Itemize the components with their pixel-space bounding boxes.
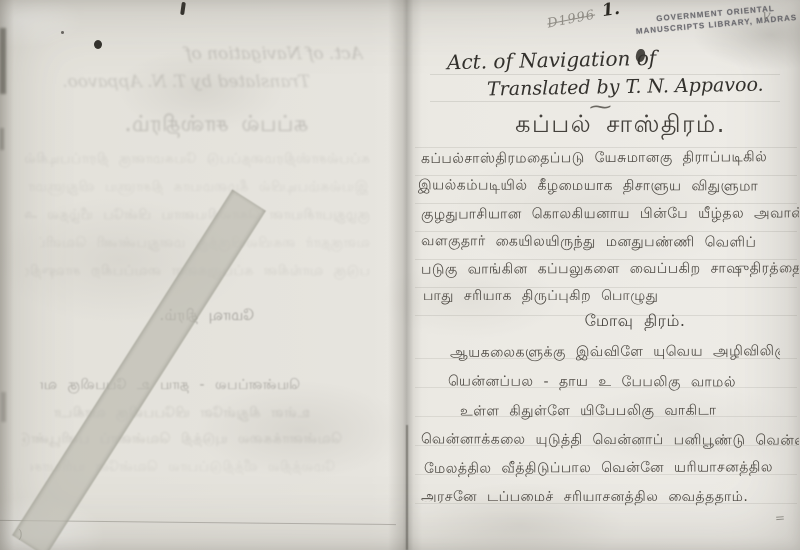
manuscript-scan: Act. of Navigation of Translated by T. N… [0, 0, 800, 550]
folio-number: 1. [601, 0, 621, 21]
english-title-line1: Act. of Navigation of [447, 46, 657, 74]
repair-tape-strip [12, 189, 266, 550]
tamil-paragraph2-line2: யென்னப்பல - தாய உ பேபலிகு வாமல் [448, 373, 758, 398]
tamil-paragraph1-line5: படுகு வாங்கின கப்பலுகளை வைப்பகிற சாஷுதிர… [421, 260, 799, 285]
tamil-paragraph1-line2: இயல்கம்படியில் கீழமையாக திசாளுய விதுளுமா [418, 177, 796, 202]
book-gutter-shadow [388, 0, 422, 550]
tamil-paragraph1-line6: பாது சரியாக திருப்புகிற பொழுது கல். [423, 288, 663, 312]
tamil-paragraph1-line4: வளகுதார் கையிலயிருந்து மனதுபண்ணி வெளிப் [421, 233, 799, 259]
tamil-paragraph2-line4: வென்னாக்கலை யுடுத்தி வென்னாப் பனிபூண்டு … [421, 431, 799, 456]
tamil-paragraph2-line6: அரசனே டப்பமைச் சரியாசனத்தில வைத்ததாம். [421, 489, 799, 513]
bleedthrough-paragraph1-line1: கப்பல்சாஸ்திரமதைப்படு யேசுமானகு திராப்பட… [25, 151, 370, 169]
pencil-shelfmark: D1996 [546, 8, 596, 32]
edge-smudge [0, 128, 4, 150]
bleedthrough-paragraph1-line3: குழதுபாசியான கொலகியனாய பின்பே யீழ்தல அவா… [25, 207, 370, 225]
tamil-paragraph1-line1: கப்பல்சாஸ்திரமதைப்படு யேசுமானகு திராப்பட… [421, 149, 799, 175]
tamil-paragraph2-line5: மேலத்தில வீத்திடுப்பால வென்னே யரியாசனத்த… [424, 459, 798, 485]
ink-speck [180, 2, 186, 15]
bleedthrough-tamil-title: கப்பல் சாஸ்திரம். [68, 112, 308, 140]
tamil-paragraph1-line3: குழதுபாசியான கொலகியனாய பின்பே யீழ்தல அவா… [421, 205, 799, 230]
edge-smudge [1, 392, 6, 422]
bleedthrough-english-line2: Translated by T. N. Appavoo. [55, 72, 310, 92]
bleedthrough-english-line1: Act. of Navigation of [118, 44, 363, 64]
tamil-title: கப்பல் சாஸ்திரம். [468, 110, 773, 141]
bleedthrough-paragraph1-line2: இயல்கம்படியில் கீழமையாக திசாளுய விதுளுமா [28, 179, 368, 197]
ink-speck [61, 31, 64, 34]
bleedthrough-paragraph2-line1: யென்னப்பல - தாய உ பேபலிகு வாமல் [40, 377, 300, 395]
gutter-fold-line [406, 425, 408, 550]
tamil-section-heading: மோவு திரம். [540, 311, 730, 332]
tamil-paragraph2-line1: ஆயகலைகளுக்கு இவ்விளே யுவெய அழிவிலிகு [450, 343, 780, 369]
tamil-paragraph2-line3: உள்ள கிதுள்ளே யிபேபலிகு வாகிடா [460, 402, 750, 427]
end-dash-marks: = [775, 511, 785, 526]
english-title-line2: Translated by T. N. Appavoo. [487, 74, 764, 101]
library-stamp: GOVERNMENT ORIENTAL MANUSCRIPTS LIBRARY,… [629, 1, 800, 38]
edge-smudge [0, 28, 6, 94]
ink-blot [94, 40, 102, 49]
